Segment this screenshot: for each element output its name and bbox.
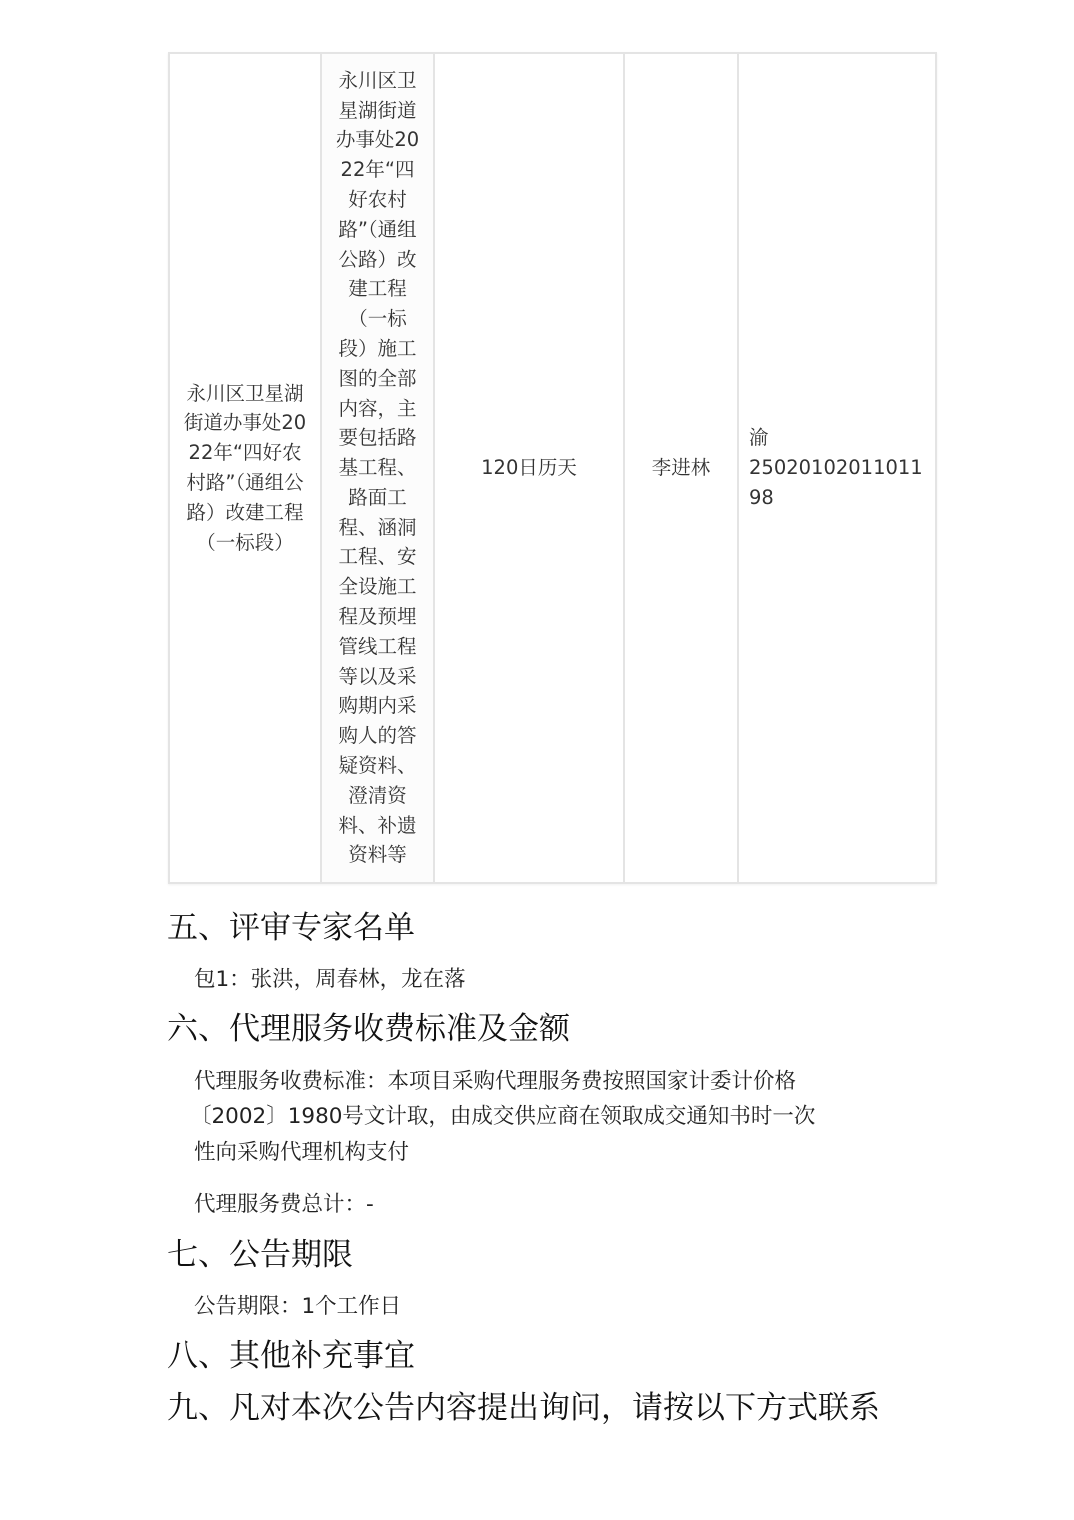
certificate-cell: 渝 2502010201101198 — [738, 53, 936, 883]
project-name-cell: 永川区卫星湖街道办事处2022年“四好农村路”（通组公路）改建工程（一标段） — [169, 53, 321, 883]
section-title-experts: 五、评审专家名单 — [167, 908, 415, 948]
certificate-prefix: 渝 — [749, 423, 925, 453]
project-content: 永川区卫星湖街道办事处2022年“四好农村路”（通组公路）改建工程（一标段）施工… — [336, 69, 419, 867]
notice-period: 公告期限：1个工作日 — [194, 1290, 401, 1324]
section-title-other-matters: 八、其他补充事宜 — [167, 1336, 415, 1376]
fee-standard-line-3: 性向采购代理机构支付 — [194, 1136, 409, 1170]
project-content-cell: 永川区卫星湖街道办事处2022年“四好农村路”（通组公路）改建工程（一标段）施工… — [321, 53, 434, 883]
duration-cell: 120日历天 — [434, 53, 624, 883]
project-manager-cell: 李进林 — [624, 53, 738, 883]
project-manager: 李进林 — [652, 456, 711, 479]
section-title-contact: 九、凡对本次公告内容提出询问，请按以下方式联系 — [167, 1388, 880, 1428]
fee-total: 代理服务费总计：- — [194, 1188, 374, 1222]
certificate-number: 2502010201101198 — [749, 453, 925, 513]
project-name: 永川区卫星湖街道办事处2022年“四好农村路”（通组公路）改建工程（一标段） — [184, 382, 306, 554]
fee-standard-line-2: 〔2002〕1980号文计取，由成交供应商在领取成交通知书时一次 — [190, 1100, 815, 1134]
expert-list: 包1：张洪，周春林，龙在落 — [194, 963, 466, 997]
transaction-result-table: 永川区卫星湖街道办事处2022年“四好农村路”（通组公路）改建工程（一标段） 永… — [168, 52, 937, 884]
section-title-agency-fee: 六、代理服务收费标准及金额 — [167, 1009, 570, 1049]
duration: 120日历天 — [481, 456, 577, 479]
table-row: 永川区卫星湖街道办事处2022年“四好农村路”（通组公路）改建工程（一标段） 永… — [169, 53, 936, 883]
section-title-notice-period: 七、公告期限 — [167, 1235, 353, 1275]
fee-standard-line-1: 代理服务收费标准：本项目采购代理服务费按照国家计委计价格 — [194, 1065, 796, 1099]
